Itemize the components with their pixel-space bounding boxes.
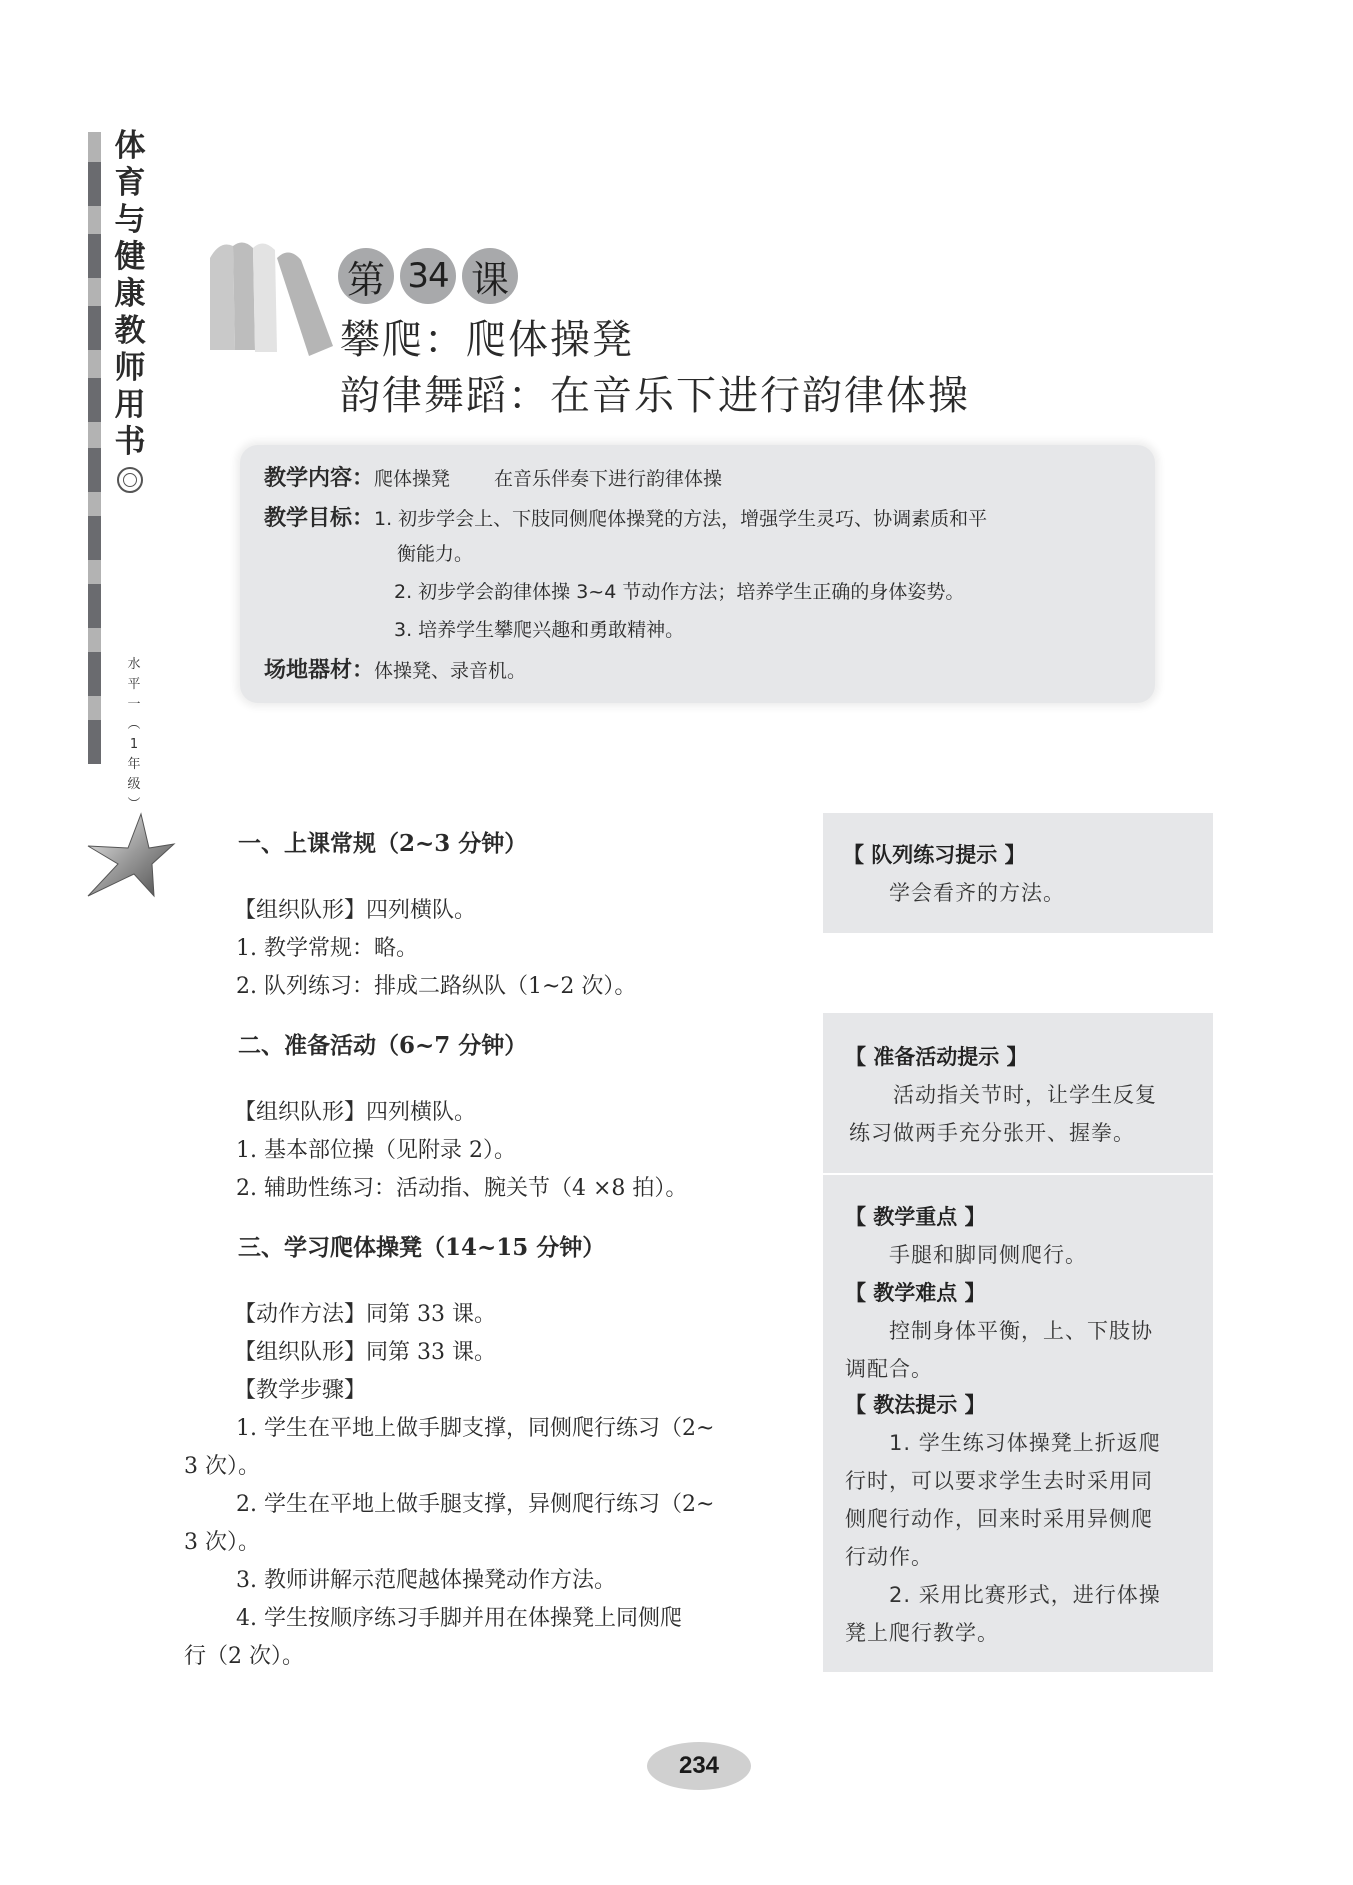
body-line: 行（2 次）。	[184, 1639, 304, 1670]
goal-row-1b: 衡能力。	[397, 539, 473, 566]
section-title: 二、准备活动（6~7 分钟）	[238, 1027, 527, 1060]
star-icon	[86, 812, 176, 898]
body-line: 2. 辅助性练习：活动指、腕关节（4 ×8 拍）。	[236, 1171, 687, 1202]
books-illustration-icon	[205, 238, 345, 358]
body-line: 2. 学生在平地上做手腿支撑，异侧爬行练习（2~	[236, 1487, 714, 1518]
body-line: 【组织队形】四列横队。	[234, 893, 476, 924]
double-circle-icon	[117, 467, 143, 493]
body-line: 【动作方法】同第 33 课。	[234, 1297, 496, 1328]
goal-row-1: 教学目标：1. 初步学会上、下肢同侧爬体操凳的方法，增强学生灵巧、协调素质和平	[264, 501, 987, 532]
lesson-number-badge: 第 34 课	[338, 248, 518, 304]
equipment-row: 场地器材：体操凳、录音机。	[264, 653, 526, 684]
lesson-title-line2: 韵律舞蹈：在音乐下进行韵律体操	[340, 368, 970, 424]
page-number: 234	[647, 1742, 751, 1790]
body-line: 【组织队形】同第 33 课。	[234, 1335, 496, 1366]
body-line: 1. 教学常规：略。	[236, 931, 418, 962]
section-title: 一、上课常规（2~3 分钟）	[238, 825, 527, 858]
body-line: 3 次）。	[184, 1449, 260, 1480]
spine-decoration	[88, 132, 101, 764]
body-line: 2. 队列练习：排成二路纵队（1~2 次）。	[236, 969, 636, 1000]
goal-row-3: 3. 培养学生攀爬兴趣和勇敢精神。	[394, 615, 684, 642]
content-row: 教学内容：爬体操凳在音乐伴奏下进行韵律体操	[264, 461, 722, 492]
lesson-title-line1: 攀爬：爬体操凳	[340, 312, 970, 368]
teaching-goals-box: 教学内容：爬体操凳在音乐伴奏下进行韵律体操 教学目标：1. 初步学会上、下肢同侧…	[240, 445, 1155, 703]
teaching-notes-box: 【 教学重点 】 手腿和脚同侧爬行。 【 教学难点 】 控制身体平衡，上、下肢协…	[823, 1175, 1213, 1672]
body-line: 3 次）。	[184, 1525, 260, 1556]
body-line: 1. 学生在平地上做手脚支撑，同侧爬行练习（2~	[236, 1411, 714, 1442]
book-title: 体 育 与 健 康 教 师 用 书	[112, 128, 148, 493]
body-line: 【教学步骤】	[234, 1373, 366, 1404]
body-line: 3. 教师讲解示范爬越体操凳动作方法。	[236, 1563, 616, 1594]
warmup-tip-box: 【 准备活动提示 】 活动指关节时，让学生反复 练习做两手充分张开、握拳。	[823, 1013, 1213, 1173]
section-title: 三、学习爬体操凳（14~15 分钟）	[238, 1229, 605, 1262]
lesson-title: 攀爬：爬体操凳 韵律舞蹈：在音乐下进行韵律体操	[340, 312, 970, 424]
grade-level-label: 水 平 一 ︵ 1 年 级 ︶	[124, 655, 144, 815]
body-line: 4. 学生按顺序练习手脚并用在体操凳上同侧爬	[236, 1601, 682, 1632]
goal-row-2: 2. 初步学会韵律体操 3~4 节动作方法；培养学生正确的身体姿势。	[394, 577, 964, 604]
drill-tip-box: 【 队列练习提示 】 学会看齐的方法。	[823, 813, 1213, 933]
body-line: 1. 基本部位操（见附录 2）。	[236, 1133, 516, 1164]
body-line: 【组织队形】四列横队。	[234, 1095, 476, 1126]
